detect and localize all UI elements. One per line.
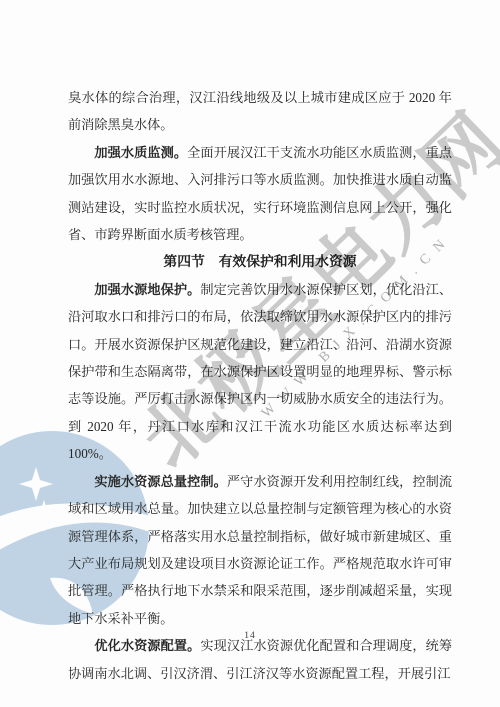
page-body: 臭水体的综合治理，汉江沿线地级及以上城市建成区应于 2020 年前消除黑臭水体。… <box>68 84 452 687</box>
paragraph-text: 制定完善饮用水水源保护区划，优化沿江、沿河取水口和排污口的布局，依法取缔饮用水水… <box>68 282 452 461</box>
paragraph-lead: 实施水资源总量控制。 <box>94 474 226 489</box>
paragraph-lead: 加强水源地保护。 <box>94 282 200 297</box>
page-number: 14 <box>0 631 500 641</box>
paragraph-text: 严守水资源开发利用控制红线，控制流域和区域用水总量。加快建立以总量控制与定额管理… <box>68 474 452 626</box>
paragraph: 加强水质监测。全面开展汉江干支流水功能区水质监测，重点加强饮用水水源地、入河排污… <box>68 139 452 249</box>
paragraph-continued: 臭水体的综合治理，汉江沿线地级及以上城市建成区应于 2020 年前消除黑臭水体。 <box>68 84 452 139</box>
paragraph: 加强水源地保护。制定完善饮用水水源保护区划，优化沿江、沿河取水口和排污口的布局，… <box>68 276 452 468</box>
section-heading: 第四节 有效保护和利用水资源 <box>68 248 452 275</box>
paragraph-lead: 加强水质监测。 <box>94 145 187 160</box>
paragraph-text: 臭水体的综合治理，汉江沿线地级及以上城市建成区应于 2020 年前消除黑臭水体。 <box>68 90 452 132</box>
paragraph: 实施水资源总量控制。严守水资源开发利用控制红线，控制流域和区域用水总量。加快建立… <box>68 468 452 632</box>
scanned-document-page: 臭水体的综合治理，汉江沿线地级及以上城市建成区应于 2020 年前消除黑臭水体。… <box>0 0 500 707</box>
